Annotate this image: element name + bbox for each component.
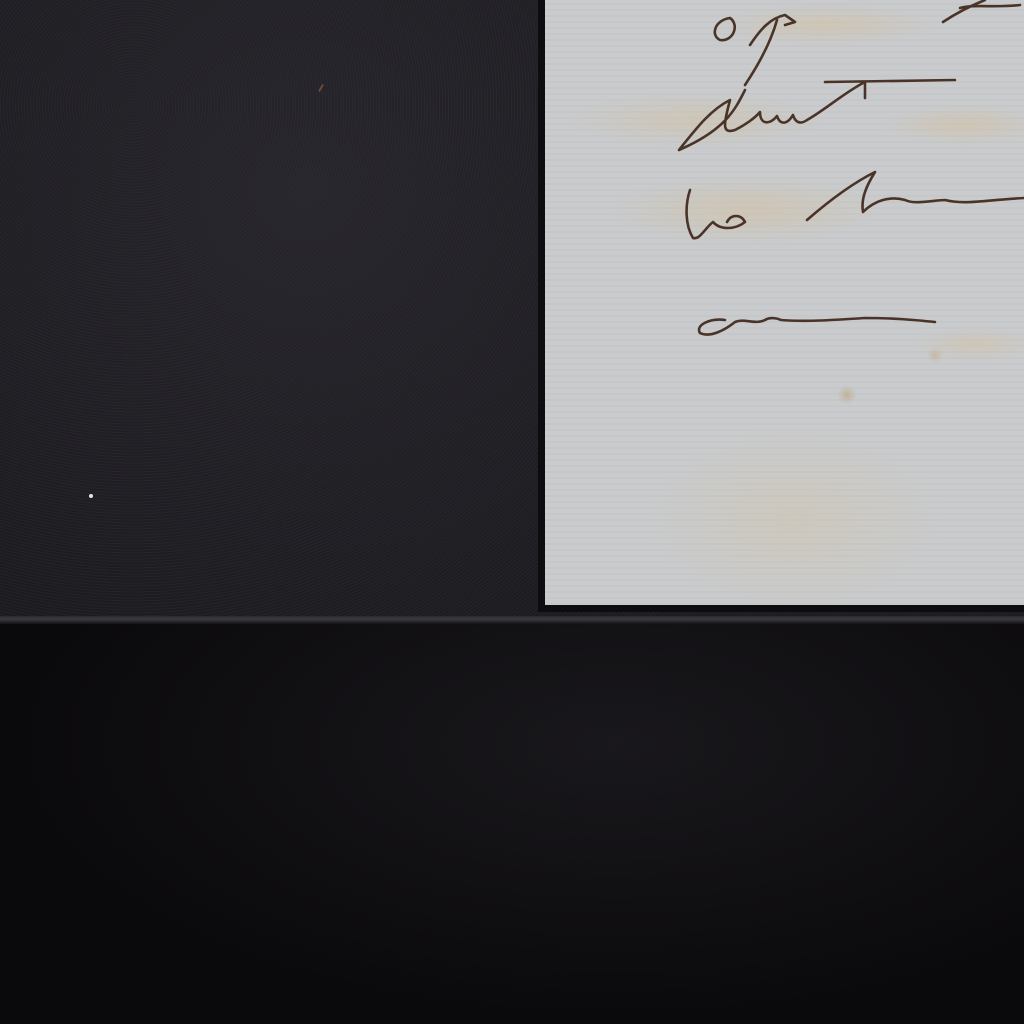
- word-top-right: [943, 0, 1020, 22]
- letter-paper: [545, 0, 1024, 605]
- word-known: [679, 80, 955, 150]
- lint-speck: [89, 494, 93, 498]
- word-even: [699, 318, 935, 335]
- mat-edge: [0, 616, 1024, 624]
- word-be-kn: [687, 172, 1024, 238]
- lower-mat: [0, 624, 1024, 1024]
- word-of: [715, 15, 795, 85]
- handwriting: [545, 0, 1024, 605]
